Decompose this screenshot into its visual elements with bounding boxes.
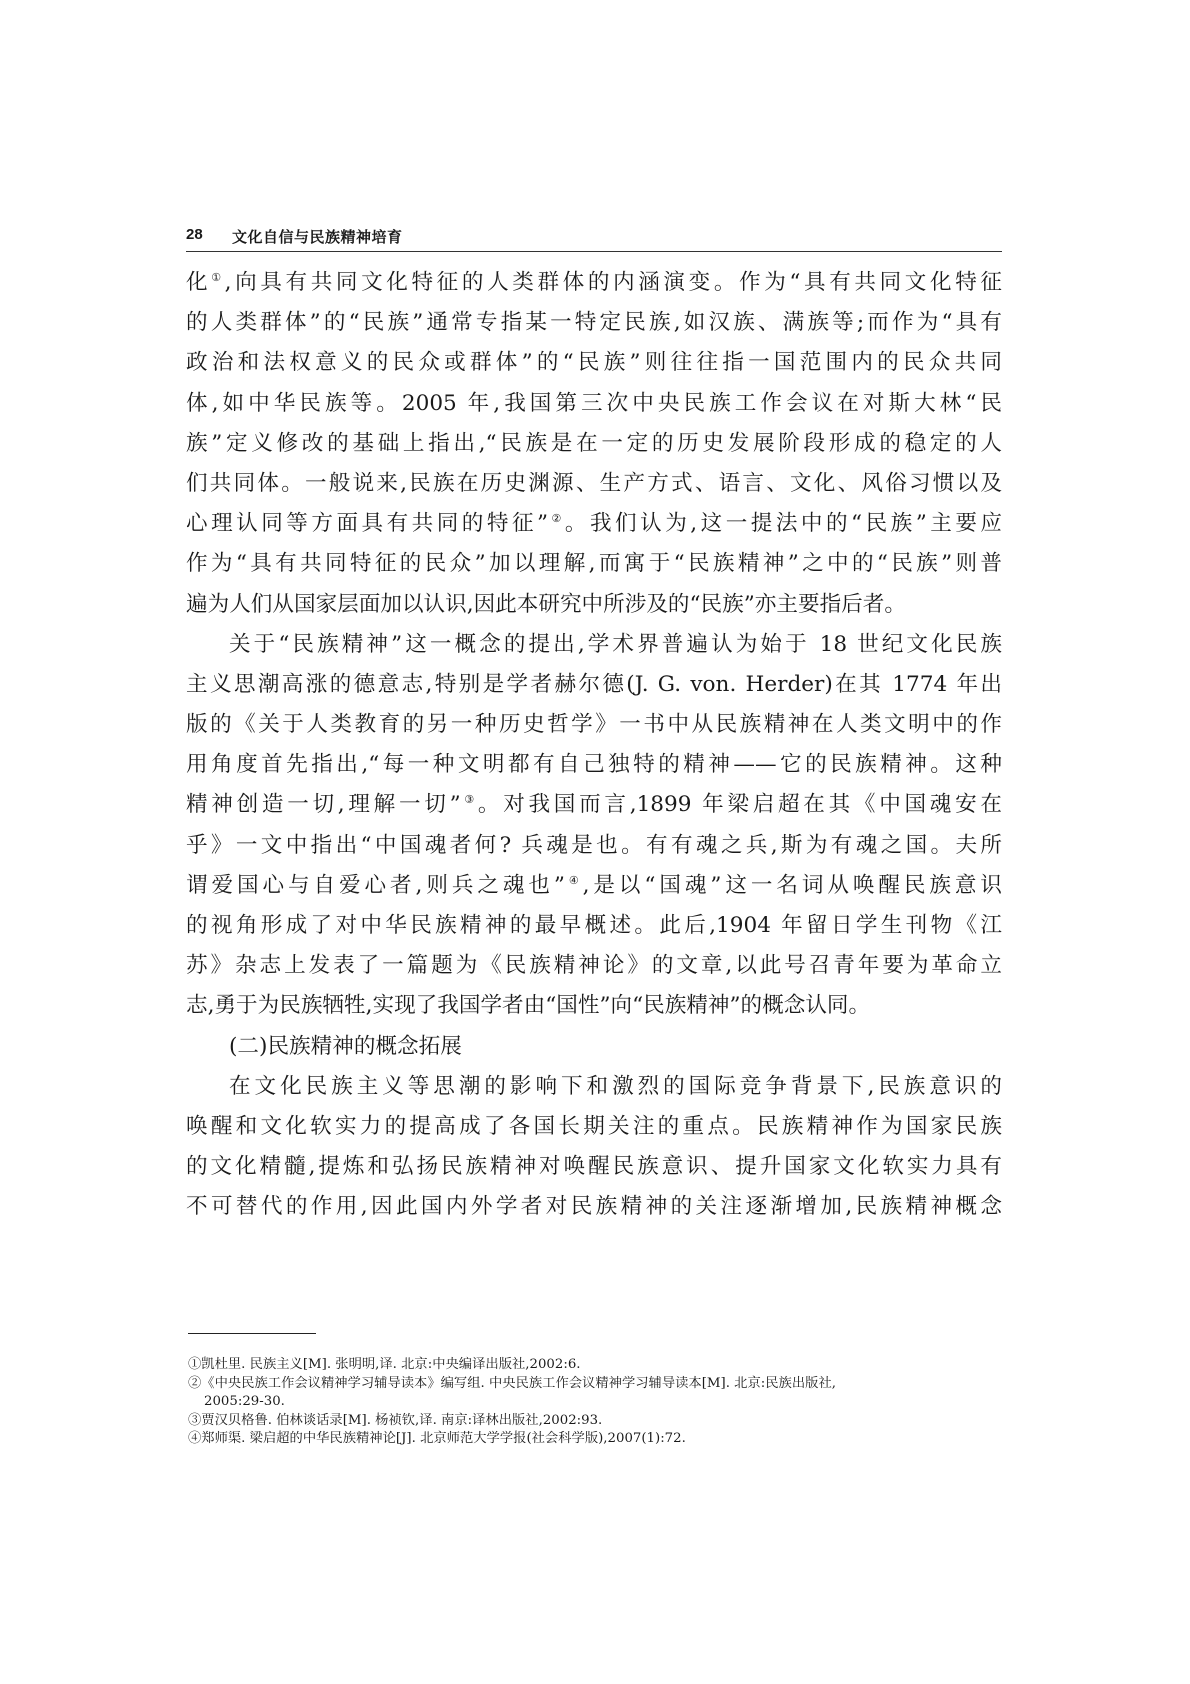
body-text: 化①,向具有共同文化特征的人类群体的内涵演变。作为“具有共同文化特征 的人类群体… — [186, 263, 1002, 1228]
body-line: 主义思潮高涨的德意志,特别是学者赫尔德(J. G. von. Herder)在其… — [186, 665, 1002, 705]
footnote-1: ①凯杜里. 民族主义[M]. 张明明,译. 北京:中央编译出版社,2002:6. — [188, 1356, 1004, 1375]
body-line: 的视角形成了对中华民族精神的最早概述。此后,1904 年留日学生刊物《江 — [186, 906, 1002, 946]
body-line: 的文化精髓,提炼和弘扬民族精神对唤醒民族意识、提升国家文化软实力具有 — [186, 1147, 1002, 1187]
body-line: 版的《关于人类教育的另一种历史哲学》一书中从民族精神在人类文明中的作 — [186, 705, 1002, 745]
body-line: 关于“民族精神”这一概念的提出,学术界普遍认为始于 18 世纪文化民族 — [186, 625, 1002, 665]
body-line: 不可替代的作用,因此国内外学者对民族精神的关注逐渐增加,民族精神概念 — [186, 1187, 1002, 1227]
body-line: 在文化民族主义等思潮的影响下和激烈的国际竞争背景下,民族意识的 — [186, 1067, 1002, 1107]
section-heading: (二)民族精神的概念拓展 — [186, 1027, 1002, 1067]
body-line: 志,勇于为民族牺牲,实现了我国学者由“国性”向“民族精神”的概念认同。 — [186, 986, 1002, 1026]
footnote-rule — [188, 1333, 316, 1334]
footnote-2-continued: 2005:29-30. — [188, 1393, 1004, 1412]
body-line: 用角度首先指出,“每一种文明都有自己独特的精神——它的民族精神。这种 — [186, 745, 1002, 785]
footnote-ref[interactable]: ① — [211, 271, 224, 284]
body-line: 精神创造一切,理解一切”③。对我国而言,1899 年梁启超在其《中国魂安在 — [186, 785, 1002, 825]
body-line: 体,如中华民族等。2005 年,我国第三次中央民族工作会议在对斯大林“民 — [186, 384, 1002, 424]
body-line: 作为“具有共同特征的民众”加以理解,而寓于“民族精神”之中的“民族”则普 — [186, 544, 1002, 584]
body-line: 谓爱国心与自爱心者,则兵之魂也”④,是以“国魂”这一名词从唤醒民族意识 — [186, 866, 1002, 906]
footnote-3: ③贾汉贝格鲁. 伯林谈话录[M]. 杨祯钦,译. 南京:译林出版社,2002:9… — [188, 1412, 1004, 1431]
body-line: 族”定义修改的基础上指出,“民族是在一定的历史发展阶段形成的稳定的人 — [186, 424, 1002, 464]
body-line: 们共同体。一般说来,民族在历史渊源、生产方式、语言、文化、风俗习惯以及 — [186, 464, 1002, 504]
body-line: 乎》一文中指出“中国魂者何? 兵魂是也。有有魂之兵,斯为有魂之国。夫所 — [186, 826, 1002, 866]
running-title: 文化自信与民族精神培育 — [232, 226, 403, 247]
footnote-ref[interactable]: ③ — [461, 793, 478, 806]
body-line: 化①,向具有共同文化特征的人类群体的内涵演变。作为“具有共同文化特征 — [186, 263, 1002, 303]
body-line: 遍为人们从国家层面加以认识,因此本研究中所涉及的“民族”亦主要指后者。 — [186, 585, 1002, 625]
header-rule — [186, 251, 1002, 252]
footnotes: ①凯杜里. 民族主义[M]. 张明明,译. 北京:中央编译出版社,2002:6.… — [188, 1356, 1004, 1449]
body-line: 政治和法权意义的民众或群体”的“民族”则往往指一国范围内的民众共同 — [186, 343, 1002, 383]
body-line: 心理认同等方面具有共同的特征”②。我们认为,这一提法中的“民族”主要应 — [186, 504, 1002, 544]
footnote-ref[interactable]: ④ — [565, 874, 583, 887]
body-line: 唤醒和文化软实力的提高成了各国长期关注的重点。民族精神作为国家民族 — [186, 1107, 1002, 1147]
page-number: 28 — [186, 226, 203, 243]
body-line: 的人类群体”的“民族”通常专指某一特定民族,如汉族、满族等;而作为“具有 — [186, 303, 1002, 343]
footnote-ref[interactable]: ② — [548, 512, 565, 525]
body-line: 苏》杂志上发表了一篇题为《民族精神论》的文章,以此号召青年要为革命立 — [186, 946, 1002, 986]
page-header: 28 文化自信与民族精神培育 — [186, 226, 1002, 252]
footnote-4: ④郑师渠. 梁启超的中华民族精神论[J]. 北京师范大学学报(社会科学版),20… — [188, 1430, 1004, 1449]
footnote-2: ②《中央民族工作会议精神学习辅导读本》编写组. 中央民族工作会议精神学习辅导读本… — [188, 1375, 1004, 1394]
